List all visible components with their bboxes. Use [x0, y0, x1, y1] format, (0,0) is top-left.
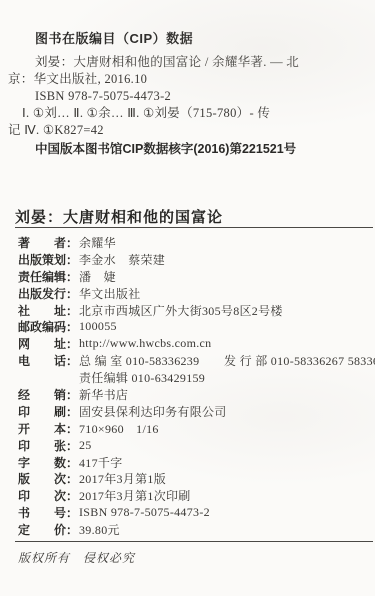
cip-line: 记 Ⅳ. ①K827=42 [8, 122, 369, 139]
info-colon: ： [66, 251, 79, 268]
info-value: 2017年3月第1版 [79, 470, 166, 487]
cip-line: ISBN 978-7-5075-4473-2 [8, 88, 369, 105]
info-value: http://www.hwcbs.com.cn [79, 336, 211, 351]
info-label: 电话 [18, 352, 66, 369]
info-colon: ： [66, 386, 79, 403]
info-row: 印刷：固安县保利达印务有限公司 [18, 403, 371, 420]
footer-divider [15, 541, 373, 542]
info-colon: ： [66, 420, 79, 437]
info-row: 出版策划：李金水 蔡荣建 [18, 251, 371, 268]
info-row: 责任编辑 010-63429159 [18, 369, 371, 386]
info-colon: ： [66, 268, 79, 285]
info-value: 25 [79, 438, 92, 453]
info-label: 印张 [18, 437, 66, 454]
info-row: 电话：总 编 室 010-58336239 发 行 部 010-58336267… [18, 352, 371, 369]
info-value: 100055 [79, 319, 117, 334]
publication-info: 著者：余耀华出版策划：李金水 蔡荣建责任编辑：潘 婕出版发行：华文出版社社址：北… [18, 234, 371, 538]
cip-line: 京：华文出版社, 2016.10 [8, 71, 369, 88]
info-row: 印次：2017年3月第1次印刷 [18, 487, 371, 504]
info-value: 新华书店 [79, 386, 128, 403]
info-colon: ： [66, 285, 79, 302]
info-row: 版次：2017年3月第1版 [18, 470, 371, 487]
info-row: 社址：北京市西城区广外大街305号8区2号楼 [18, 302, 371, 319]
info-row: 邮政编码：100055 [18, 318, 371, 335]
info-label: 出版发行 [18, 285, 66, 302]
info-colon: ： [66, 454, 79, 471]
info-row: 字数：417千字 [18, 454, 371, 471]
info-label: 定价 [18, 521, 66, 538]
cip-registration: 中国版本图书馆CIP数据核字(2016)第221521号 [8, 141, 369, 158]
info-label: 邮政编码 [18, 318, 66, 335]
info-row: 责任编辑：潘 婕 [18, 268, 371, 285]
info-colon: ： [66, 352, 79, 369]
info-label: 责任编辑 [18, 268, 66, 285]
info-value: 华文出版社 [79, 285, 141, 302]
copyright-page: { "cip": { "heading": "图书在版编目（CIP）数据", "… [0, 0, 375, 596]
info-colon: ： [66, 335, 79, 352]
info-label: 开本 [18, 420, 66, 437]
info-colon: ： [66, 234, 79, 251]
info-value: 39.80元 [79, 521, 120, 538]
info-colon: ： [66, 437, 79, 454]
info-row: 开本：710×960 1/16 [18, 420, 371, 437]
cip-heading: 图书在版编目（CIP）数据 [8, 30, 369, 47]
info-label: 字数 [18, 454, 66, 471]
info-value: 北京市西城区广外大街305号8区2号楼 [79, 302, 283, 319]
book-title: 刘晏：大唐财相和他的国富论 [15, 206, 365, 227]
info-value: 余耀华 [79, 234, 116, 251]
info-value: 固安县保利达印务有限公司 [79, 403, 227, 420]
info-row: 网址：http://www.hwcbs.com.cn [18, 335, 371, 352]
info-value: ISBN 978-7-5075-4473-2 [79, 505, 210, 520]
info-row: 经销：新华书店 [18, 386, 371, 403]
info-colon: ： [66, 521, 79, 538]
info-colon: ： [66, 487, 79, 504]
info-value: 责任编辑 010-63429159 [79, 369, 205, 386]
cip-line: 刘晏：大唐财相和他的国富论 / 余耀华著. — 北 [8, 54, 369, 71]
info-label: 社址 [18, 302, 66, 319]
info-label: 书号 [18, 504, 66, 521]
info-label: 印刷 [18, 403, 66, 420]
info-value: 2017年3月第1次印刷 [79, 487, 191, 504]
info-label: 印次 [18, 487, 66, 504]
info-value: 417千字 [79, 454, 123, 471]
info-label: 版次 [18, 470, 66, 487]
info-label: 网址 [18, 335, 66, 352]
info-colon: ： [66, 318, 79, 335]
info-value: 710×960 1/16 [79, 420, 159, 437]
info-colon: ： [66, 302, 79, 319]
info-colon: ： [66, 504, 79, 521]
cip-block: 图书在版编目（CIP）数据 刘晏：大唐财相和他的国富论 / 余耀华著. — 北京… [8, 30, 369, 158]
info-label: 著者 [18, 234, 66, 251]
info-colon: ： [66, 403, 79, 420]
title-divider [15, 227, 373, 228]
info-row: 书号：ISBN 978-7-5075-4473-2 [18, 504, 371, 521]
cip-lines: 刘晏：大唐财相和他的国富论 / 余耀华著. — 北京：华文出版社, 2016.1… [8, 54, 369, 139]
info-value: 李金水 蔡荣建 [79, 251, 165, 268]
info-row: 印张：25 [18, 437, 371, 454]
info-row: 出版发行：华文出版社 [18, 285, 371, 302]
info-colon: ： [66, 470, 79, 487]
info-label: 出版策划 [18, 251, 66, 268]
info-value: 潘 婕 [79, 268, 116, 285]
info-value: 总 编 室 010-58336239 发 行 部 010-58336267 58… [79, 352, 375, 369]
info-row: 定价：39.80元 [18, 521, 371, 538]
cip-line: Ⅰ. ①刘… Ⅱ. ①余… Ⅲ. ①刘晏（715-780）- 传 [8, 105, 369, 122]
copyright-notice: 版权所有 侵权必究 [18, 549, 135, 566]
info-label: 经销 [18, 386, 66, 403]
info-row: 著者：余耀华 [18, 234, 371, 251]
